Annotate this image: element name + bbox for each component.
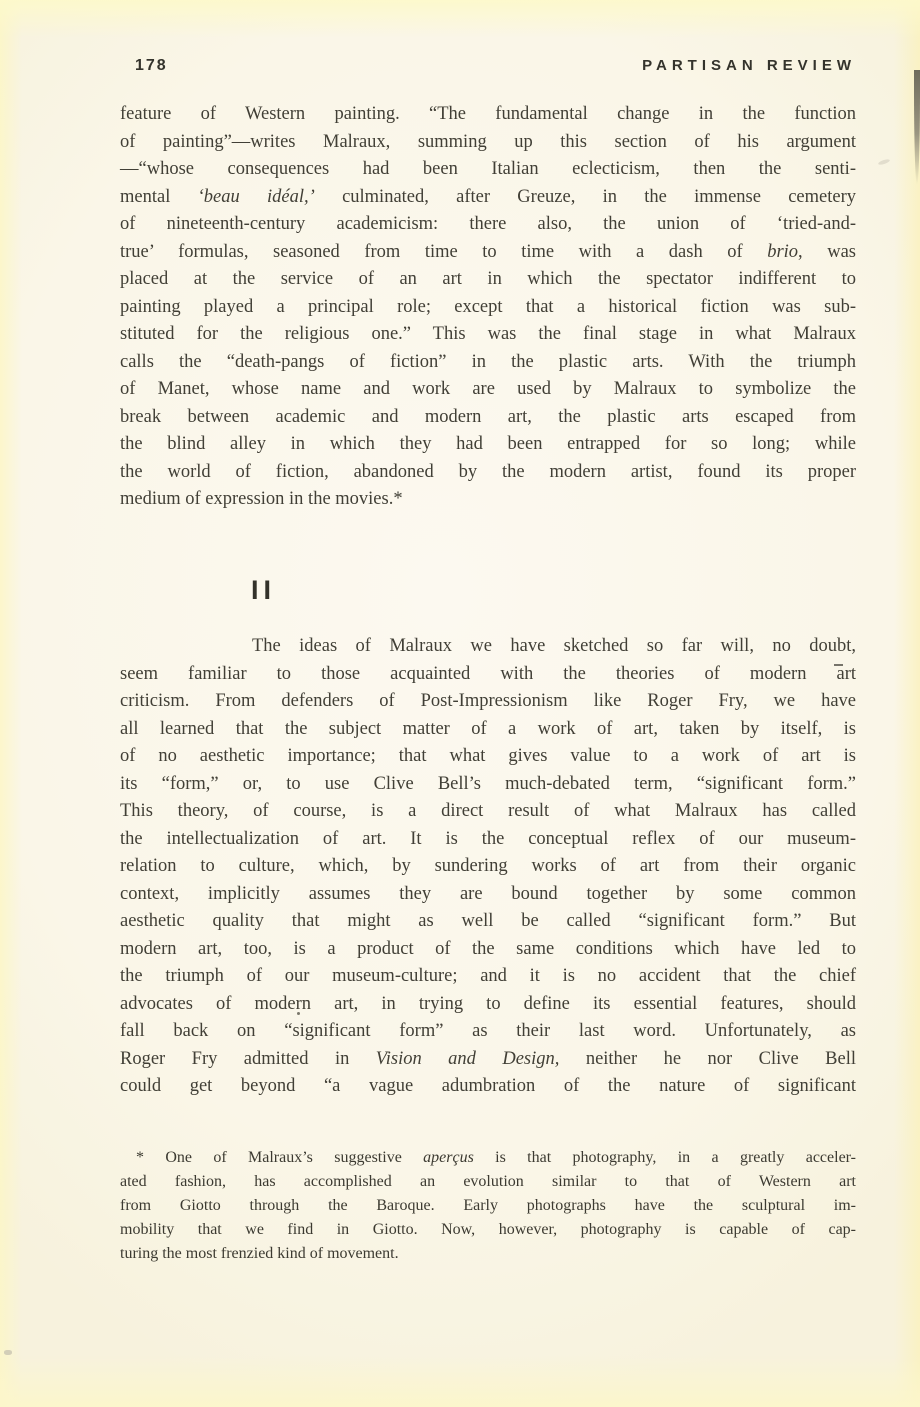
text-line: break between academic and modern art, t… (120, 404, 856, 432)
text-line: painting played a principal role; except… (120, 294, 856, 322)
text-line: of nineteenth-century academicism: there… (120, 211, 856, 239)
paragraph-2: The ideas of Malraux we have sketched so… (120, 633, 856, 1101)
text-line: The ideas of Malraux we have sketched so… (120, 633, 856, 661)
text-line: seem familiar to those acquainted with t… (120, 661, 856, 689)
page-header: 178 PARTISAN REVIEW (120, 57, 856, 75)
text-line: —“whose consequences had been Italian ec… (120, 156, 856, 184)
text-line: calls the “death-pangs of fiction” in th… (120, 349, 856, 377)
text-line: context, implicitly assumes they are bou… (120, 881, 856, 909)
text-line: the intellectualization of art. It is th… (120, 826, 856, 854)
text-line: the triumph of our museum-culture; and i… (120, 963, 856, 991)
text-line: mental ‘beau idéal,’ culminated, after G… (120, 184, 856, 212)
text-line: of painting”—writes Malraux, summing up … (120, 129, 856, 157)
section-heading: II (251, 575, 276, 606)
text-line: true’ formulas, seasoned from time to ti… (120, 239, 856, 267)
text-line: feature of Western painting. “The fundam… (120, 101, 856, 129)
text-line: modern art, too, is a product of the sam… (120, 936, 856, 964)
text-line: all learned that the subject matter of a… (120, 716, 856, 744)
text-line: relation to culture, which, by sundering… (120, 853, 856, 881)
journal-title: PARTISAN REVIEW (642, 57, 856, 74)
text-line: mobility that we find in Giotto. Now, ho… (120, 1218, 856, 1242)
text-line: This theory, of course, is a direct resu… (120, 798, 856, 826)
text-line: stituted for the religious one.” This wa… (120, 321, 856, 349)
scanned-page: 178 PARTISAN REVIEW feature of Western p… (0, 0, 920, 1407)
text-line: ated fashion, has accomplished an evolut… (120, 1170, 856, 1194)
text-line: Roger Fry admitted in Vision and Design,… (120, 1046, 856, 1074)
text-line: advocates of modern art, in trying to de… (120, 991, 856, 1019)
scan-artifact (834, 664, 843, 666)
text-line: medium of expression in the movies.* (120, 486, 856, 514)
scan-artifact (297, 1012, 300, 1015)
text-line: from Giotto through the Baroque. Early p… (120, 1194, 856, 1218)
text-line: aesthetic quality that might as well be … (120, 908, 856, 936)
text-line: fall back on “significant form” as their… (120, 1018, 856, 1046)
text-line: the blind alley in which they had been e… (120, 431, 856, 459)
page-number: 178 (135, 57, 168, 75)
scan-artifact (878, 158, 891, 166)
text-line: * One of Malraux’s suggestive aperçus is… (120, 1146, 856, 1170)
page-edge-shadow (914, 70, 920, 185)
footnote: * One of Malraux’s suggestive aperçus is… (120, 1146, 856, 1266)
scan-artifact (4, 1350, 12, 1355)
text-line: placed at the service of an art in which… (120, 266, 856, 294)
paragraph-1: feature of Western painting. “The fundam… (120, 101, 856, 514)
text-line: the world of fiction, abandoned by the m… (120, 459, 856, 487)
text-line: could get beyond “a vague adumbration of… (120, 1073, 856, 1101)
text-line: its “form,” or, to use Clive Bell’s much… (120, 771, 856, 799)
text-line: turing the most frenzied kind of movemen… (120, 1242, 856, 1266)
text-line: of Manet, whose name and work are used b… (120, 376, 856, 404)
text-line: criticism. From defenders of Post-Impres… (120, 688, 856, 716)
text-line: of no aesthetic importance; that what gi… (120, 743, 856, 771)
